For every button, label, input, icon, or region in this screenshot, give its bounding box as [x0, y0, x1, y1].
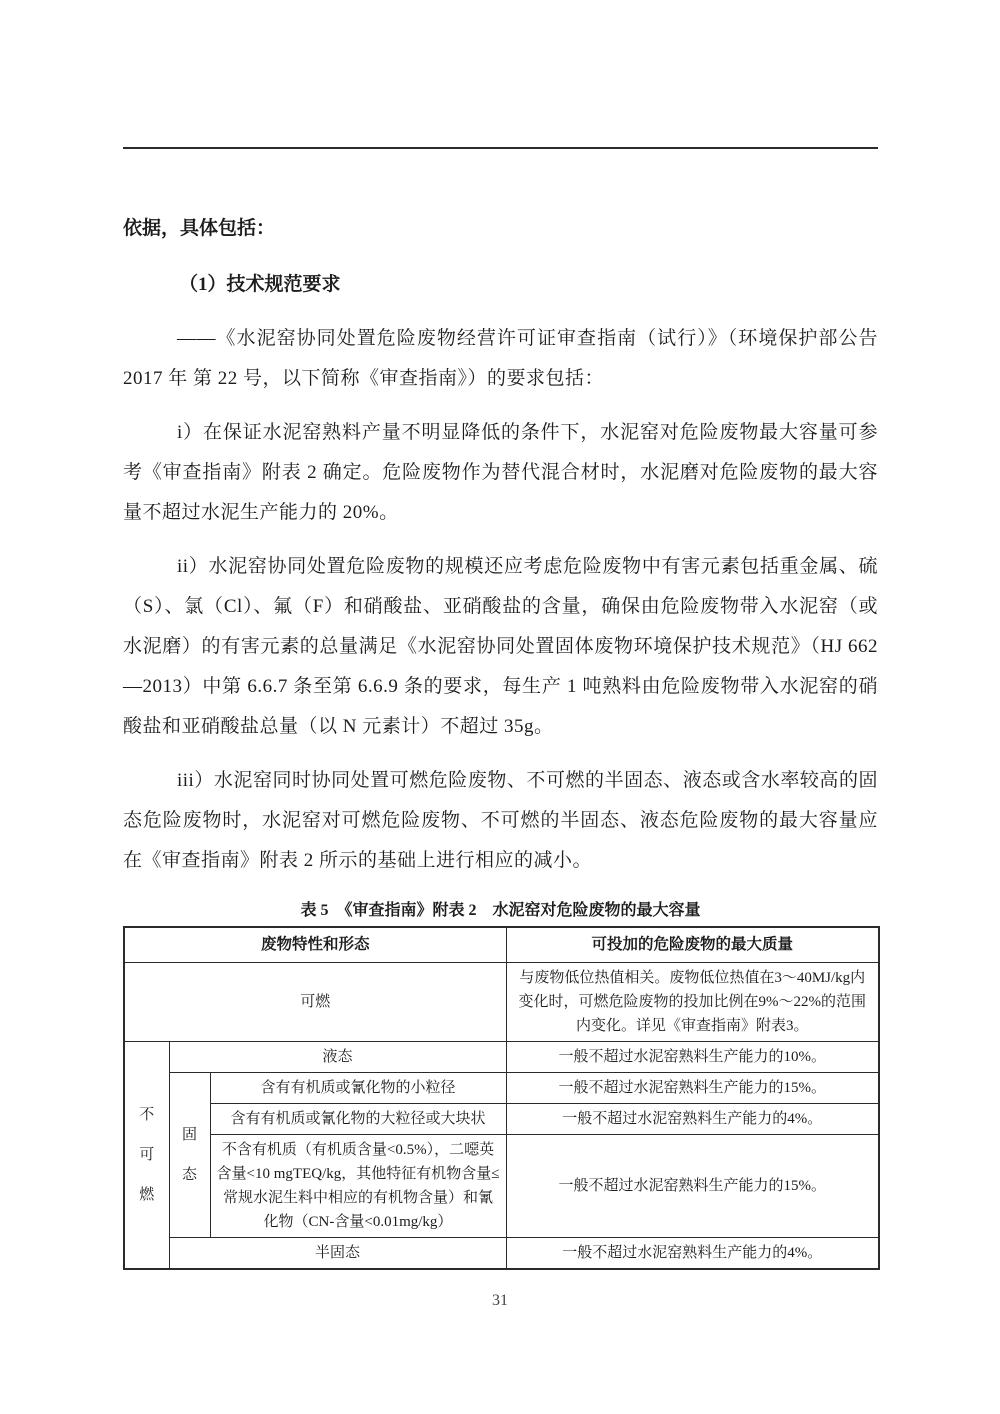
solid-vertical-text: 固态: [181, 1115, 198, 1195]
document-page: 依据，具体包括： （1）技术规范要求 ——《水泥窑协同处置危险废物经营许可证审查…: [0, 0, 1000, 1414]
cell-noncombustible-label: 不可燃: [124, 1042, 169, 1270]
table-row-solid-large-particle: 含有有机质或氰化物的大粒径或大块状 一般不超过水泥窑熟料生产能力的4%。: [124, 1104, 879, 1135]
cell-large-particle-value: 一般不超过水泥窑熟料生产能力的4%。: [506, 1104, 879, 1135]
cell-large-particle-label: 含有有机质或氰化物的大粒径或大块状: [210, 1104, 506, 1135]
max-capacity-table: 废物特性和形态 可投加的危险废物的最大质量 可燃 与废物低位热值相关。废物低位热…: [123, 926, 880, 1270]
cell-no-organic-label: 不含有机质（有机质含量<0.5%），二噁英含量<10 mgTEQ/kg，其他特征…: [210, 1135, 506, 1238]
table-row-combustible: 可燃 与废物低位热值相关。废物低位热值在3～40MJ/kg内变化时，可燃危险废物…: [124, 963, 879, 1042]
page-number: 31: [0, 1292, 1000, 1310]
paragraph-item-iii: iii）水泥窑同时协同处置可燃危险废物、不可燃的半固态、液态或含水率较高的固态危…: [123, 761, 878, 881]
page-content: 依据，具体包括： （1）技术规范要求 ——《水泥窑协同处置危险废物经营许可证审查…: [123, 149, 878, 1270]
table-header-row: 废物特性和形态 可投加的危险废物的最大质量: [124, 927, 879, 963]
paragraph-item-ii: ii）水泥窑协同处置危险废物的规模还应考虑危险废物中有害元素包括重金属、硫（S）…: [123, 547, 878, 747]
cell-no-organic-value: 一般不超过水泥窑熟料生产能力的15%。: [506, 1135, 879, 1238]
section-heading: （1）技术规范要求: [123, 265, 878, 305]
header-cell-characteristics: 废物特性和形态: [124, 927, 506, 963]
cell-semi-solid-label: 半固态: [169, 1238, 506, 1270]
cell-small-particle-value: 一般不超过水泥窑熟料生产能力的15%。: [506, 1073, 879, 1104]
cell-semi-solid-value: 一般不超过水泥窑熟料生产能力的4%。: [506, 1238, 879, 1270]
paragraph-item-i: i）在保证水泥窑熟料产量不明显降低的条件下，水泥窑对危险废物最大容量可参考《审查…: [123, 413, 878, 533]
table-row-semi-solid: 半固态 一般不超过水泥窑熟料生产能力的4%。: [124, 1238, 879, 1270]
header-cell-max-mass: 可投加的危险废物的最大质量: [506, 927, 879, 963]
noncombustible-vertical-text: 不可燃: [138, 1095, 155, 1215]
cell-liquid-value: 一般不超过水泥窑熟料生产能力的10%。: [506, 1042, 879, 1073]
table-row-solid-small-particle: 固态 含有有机质或氰化物的小粒径 一般不超过水泥窑熟料生产能力的15%。: [124, 1073, 879, 1104]
table-row-solid-no-organic: 不含有机质（有机质含量<0.5%），二噁英含量<10 mgTEQ/kg，其他特征…: [124, 1135, 879, 1238]
table-row-liquid: 不可燃 液态 一般不超过水泥窑熟料生产能力的10%。: [124, 1042, 879, 1073]
cell-solid-label: 固态: [169, 1073, 210, 1238]
cell-combustible-label: 可燃: [124, 963, 506, 1042]
cell-small-particle-label: 含有有机质或氰化物的小粒径: [210, 1073, 506, 1104]
cell-liquid-label: 液态: [169, 1042, 506, 1073]
paragraph-guide-reference: ——《水泥窑协同处置危险废物经营许可证审查指南（试行）》（环境保护部公告 201…: [123, 319, 878, 399]
table-caption: 表 5 《审查指南》附表 2 水泥窑对危险废物的最大容量: [123, 897, 878, 920]
cell-combustible-value: 与废物低位热值相关。废物低位热值在3～40MJ/kg内变化时，可燃危险废物的投加…: [506, 963, 879, 1042]
lead-text: 依据，具体包括：: [123, 209, 878, 249]
